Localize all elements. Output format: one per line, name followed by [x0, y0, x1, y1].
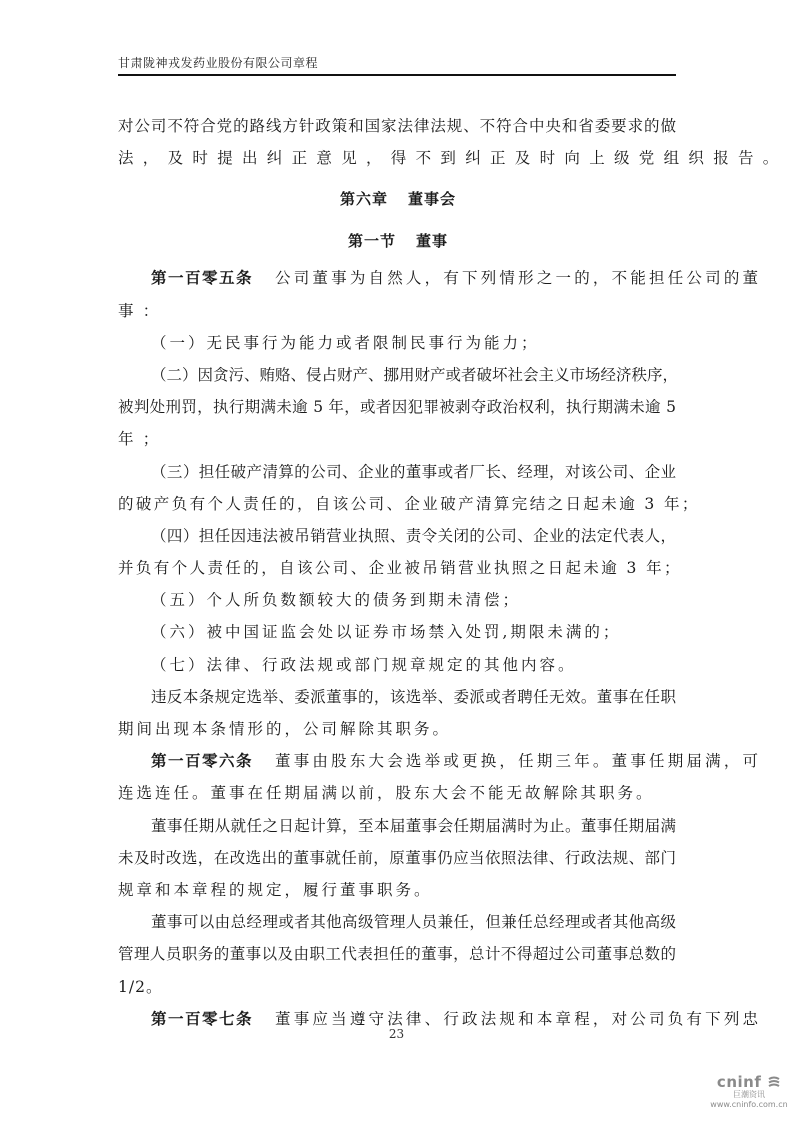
document-body: 对公司不符合党的路线方针政策和国家法律法规、不符合中央和省委要求的做 法，及时提… [118, 110, 678, 1035]
text-line: 董事任期从就任之日起计算，至本届董事会任期届满时为止。董事任期届满 [118, 810, 676, 842]
text-line: 董事可以由总经理或者其他高级管理人员兼任，但兼任总经理或者其他高级 [118, 906, 676, 938]
watermark-url: www.cninfo.com.cn [706, 1100, 792, 1110]
article-text: 董事由股东大会选举或更换，任期三年。董事任期届满，可 [275, 752, 761, 770]
list-item-cont: 被判处刑罚，执行期满未逾 5 年，或者因犯罪被剥夺政治权利，执行期满未逾 5 [118, 391, 676, 423]
article-105: 第一百零五条公司董事为自然人，有下列情形之一的，不能担任公司的董 [118, 262, 678, 294]
list-item: （二）因贪污、贿赂、侵占财产、挪用财产或者破坏社会主义市场经济秩序， [118, 359, 676, 391]
text-line: 法，及时提出纠正意见，得不到纠正及时向上级党组织报告。 [118, 142, 678, 174]
section-title: 董事 [416, 232, 448, 250]
list-item-cont: 并负有个人责任的，自该公司、企业被吊销营业执照之日起未逾 3 年； [118, 552, 678, 584]
text-line: 期间出现本条情形的，公司解除其职务。 [118, 713, 678, 745]
cninfo-watermark: cninf 巨潮资讯 www.cninfo.com.cn [706, 1074, 792, 1110]
article-label: 第一百零七条 [151, 1010, 253, 1028]
article-label: 第一百零六条 [151, 752, 253, 770]
running-header: 甘肃陇神戎发药业股份有限公司章程 [118, 55, 676, 71]
text-line: 事： [118, 295, 678, 327]
list-item: （四）担任因违法被吊销营业执照、责令关闭的公司、企业的法定代表人， [118, 520, 676, 552]
list-item-cont: 年； [118, 423, 678, 455]
list-item: （一）无民事行为能力或者限制民事行为能力； [118, 327, 678, 359]
section-heading: 第一节董事 [118, 220, 678, 262]
page-number: 23 [0, 1027, 793, 1041]
text-line: 1/2。 [118, 971, 678, 1003]
header-rule [118, 74, 676, 76]
text-line: 对公司不符合党的路线方针政策和国家法律法规、不符合中央和省委要求的做 [118, 110, 676, 142]
document-page: 甘肃陇神戎发药业股份有限公司章程 对公司不符合党的路线方针政策和国家法律法规、不… [0, 0, 793, 1122]
chapter-heading: 第六章董事会 [118, 178, 678, 220]
section-number: 第一节 [348, 232, 396, 250]
article-106: 第一百零六条董事由股东大会选举或更换，任期三年。董事任期届满，可 [118, 745, 678, 777]
watermark-brand-cn: 巨潮资讯 [706, 1090, 792, 1100]
chapter-number: 第六章 [340, 190, 388, 208]
list-item-cont: 的破产负有个人责任的，自该公司、企业破产清算完结之日起未逾 3 年； [118, 488, 678, 520]
watermark-brand: cninf [706, 1074, 792, 1090]
text-line: 连选连任。董事在任期届满以前，股东大会不能无故解除其职务。 [118, 777, 678, 809]
list-item: （三）担任破产清算的公司、企业的董事或者厂长、经理，对该公司、企业 [118, 456, 676, 488]
list-item: （六）被中国证监会处以证券市场禁入处罚,期限未满的； [118, 616, 678, 648]
article-text: 公司董事为自然人，有下列情形之一的，不能担任公司的董 [275, 269, 761, 287]
list-item: （五）个人所负数额较大的债务到期未清偿； [118, 584, 678, 616]
list-item: （七）法律、行政法规或部门规章规定的其他内容。 [118, 649, 678, 681]
text-line: 违反本条规定选举、委派董事的，该选举、委派或者聘任无效。董事在任职 [118, 681, 676, 713]
text-line: 未及时改选，在改选出的董事就任前，原董事仍应当依照法律、行政法规、部门 [118, 842, 676, 874]
cninfo-logo-icon [767, 1075, 781, 1089]
text-line: 规章和本章程的规定，履行董事职务。 [118, 874, 678, 906]
article-text: 董事应当遵守法律、行政法规和本章程，对公司负有下列忠 [275, 1010, 761, 1028]
article-label: 第一百零五条 [151, 269, 253, 287]
text-line: 管理人员职务的董事以及由职工代表担任的董事，总计不得超过公司董事总数的 [118, 938, 676, 970]
chapter-title: 董事会 [408, 190, 456, 208]
